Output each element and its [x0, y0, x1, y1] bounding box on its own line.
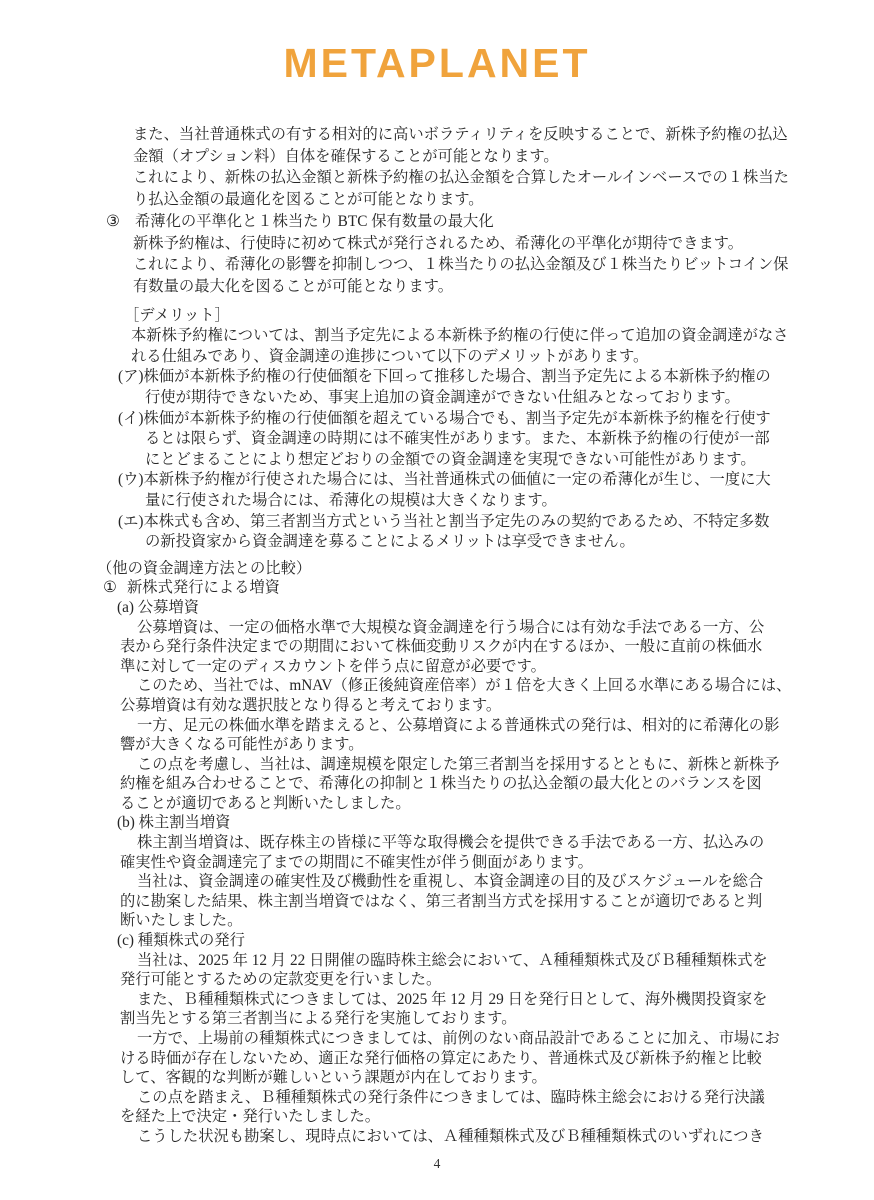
text-line: るとは限らず、資金調達の時期には不確実性があります。また、本新株予約権の行使が一…	[118, 429, 874, 450]
para-class-shares-3: 一方で、上場前の種類株式につきましては、前例のない商品設計であることに加え、市場…	[120, 1029, 874, 1088]
para-all-in-base: これにより、新株の払込金額と新株予約権の払込金額を合算したオールインベースでの１…	[133, 167, 874, 210]
text-line: を経た上で決定・発行いたしました。	[120, 1107, 874, 1127]
metaplanet-logo: METAPLANET	[0, 0, 874, 82]
text-line: 一方で、上場前の種類株式につきましては、前例のない商品設計であることに加え、市場…	[120, 1029, 874, 1049]
para-public-offering-3: 一方、足元の株価水準を踏まえると、公募増資による普通株式の発行は、相対的に希薄化…	[120, 716, 874, 755]
item-demerit-e: (エ)本株式も含め、第三者割当方式という当社と割当予定先のみの契約であるため、不…	[118, 512, 874, 553]
text-line: 準に対して一定のディスカウントを伴う点に留意が必要です。	[120, 657, 874, 677]
para-public-offering-2: このため、当社では、mNAV（修正後純資産倍率）が１倍を大きく上回る水準にある場…	[120, 676, 874, 715]
text-line: 金額（オプション料）自体を確保することが可能となります。	[133, 146, 874, 168]
heading-demerit: ［デメリット］	[124, 306, 874, 327]
para-class-shares-1: 当社は、2025 年 12 月 22 日開催の臨時株主総会において、Ａ種種類株式…	[120, 951, 874, 990]
page-number: 4	[0, 1156, 874, 1172]
text-line: この点を踏まえ、Ｂ種種類株式の発行条件につきましては、臨時株主総会における発行決…	[120, 1088, 874, 1108]
text-line: 公募増資は、一定の価格水準で大規模な資金調達を行う場合には有効な手法である一方、…	[120, 618, 874, 638]
text-line: こうした状況も勘案し、現時点においては、Ａ種種類株式及びＢ種種類株式のいずれにつ…	[120, 1127, 874, 1147]
para-public-offering-1: 公募増資は、一定の価格水準で大規模な資金調達を行う場合には有効な手法である一方、…	[120, 618, 874, 677]
text-line: れる仕組みであり、資金調達の進捗について以下のデメリットがあります。	[131, 347, 874, 368]
text-line: 公募増資は有効な選択肢となり得ると考えております。	[120, 696, 874, 716]
item-demerit-a: (ア)株価が本新株予約権の行使価額を下回って推移した場合、割当予定先による本新株…	[118, 367, 874, 408]
text-line: 新株予約権は、行使時に初めて株式が発行されるため、希薄化の平準化が期待できます。	[133, 233, 874, 255]
text-line: 表から発行条件決定までの期間において株価変動リスクが内在するほか、一般に直前の株…	[120, 637, 874, 657]
text-line: 確実性や資金調達完了までの期間に不確実性が伴う側面があります。	[120, 853, 874, 873]
text-line: 割当先とする第三者割当による発行を実施しております。	[120, 1009, 874, 1029]
text-line: 量に行使された場合には、希薄化の規模は大きくなります。	[118, 491, 874, 512]
text-line: にとどまることにより想定どおりの金額での資金調達を実現できない可能性があります。	[118, 450, 874, 471]
heading-item-3: ③希薄化の平準化と１株当たり BTC 保有数量の最大化	[106, 211, 874, 233]
text-line: また、Ｂ種種類株式につきましては、2025 年 12 月 29 日を発行日として…	[120, 990, 874, 1010]
text-line: (ウ)本新株予約権が行使された場合には、当社普通株式の価値に一定の希薄化が生じ、…	[118, 470, 874, 491]
heading-item-1: ①新株式発行による増資	[103, 578, 874, 598]
heading-alpha-c: (c) 種類株式の発行	[117, 931, 874, 951]
item-demerit-i: (イ)株価が本新株予約権の行使価額を超えている場合でも、割当予定先が本新株予約権…	[118, 409, 874, 471]
heading-comparison: （他の資金調達方法との比較）	[97, 559, 874, 579]
text-line: して、客観的な判断が難しいという課題が内在しております。	[120, 1068, 874, 1088]
text-line: このため、当社では、mNAV（修正後純資産倍率）が１倍を大きく上回る水準にある場…	[120, 676, 874, 696]
document-body: また、当社普通株式の有する相対的に高いボラティリティを反映することで、新株予約権…	[0, 124, 874, 1147]
text-line: 当社は、資金調達の確実性及び機動性を重視し、本資金調達の目的及びスケジュールを総…	[120, 872, 874, 892]
text-line: （他の資金調達方法との比較）	[97, 559, 874, 579]
text-line: 当社は、2025 年 12 月 22 日開催の臨時株主総会において、Ａ種種類株式…	[120, 951, 874, 971]
text-line: これにより、新株の払込金額と新株予約権の払込金額を合算したオールインベースでの１…	[133, 167, 874, 189]
para-volatility: また、当社普通株式の有する相対的に高いボラティリティを反映することで、新株予約権…	[133, 124, 874, 167]
text-line: 本新株予約権については、割当予定先による本新株予約権の行使に伴って追加の資金調達…	[131, 326, 874, 347]
text-line: この点を考慮し、当社は、調達規模を限定した第三者割当を採用するとともに、新株と新…	[120, 755, 874, 775]
para-demerit-intro: 本新株予約権については、割当予定先による本新株予約権の行使に伴って追加の資金調達…	[131, 326, 874, 367]
text-line: また、当社普通株式の有する相対的に高いボラティリティを反映することで、新株予約権…	[133, 124, 874, 146]
para-class-shares-5: こうした状況も勘案し、現時点においては、Ａ種種類株式及びＢ種種類株式のいずれにつ…	[120, 1127, 874, 1147]
text-line: の新投資家から資金調達を募ることによるメリットは享受できません。	[118, 532, 874, 553]
para-public-offering-4: この点を考慮し、当社は、調達規模を限定した第三者割当を採用するとともに、新株と新…	[120, 755, 874, 814]
text-line: 株主割当増資は、既存株主の皆様に平等な取得機会を提供できる手法である一方、払込み…	[120, 833, 874, 853]
para-warrant-dilution: 新株予約権は、行使時に初めて株式が発行されるため、希薄化の平準化が期待できます。	[133, 233, 874, 255]
text-line: (b) 株主割当増資	[117, 813, 874, 833]
text-line: 一方、足元の株価水準を踏まえると、公募増資による普通株式の発行は、相対的に希薄化…	[120, 716, 874, 736]
para-class-shares-2: また、Ｂ種種類株式につきましては、2025 年 12 月 29 日を発行日として…	[120, 990, 874, 1029]
text-line: 発行可能とするための定款変更を行いました。	[120, 970, 874, 990]
text-line: 的に勘案した結果、株主割当増資ではなく、第三者割当方式を採用することが適切である…	[120, 892, 874, 912]
text-line: (イ)株価が本新株予約権の行使価額を超えている場合でも、割当予定先が本新株予約権…	[118, 409, 874, 430]
heading-alpha-a: (a) 公募増資	[117, 598, 874, 618]
text-line: (エ)本株式も含め、第三者割当方式という当社と割当予定先のみの契約であるため、不…	[118, 512, 874, 533]
text-line: これにより、希薄化の影響を抑制しつつ、１株当たりの払込金額及び１株当たりビットコ…	[133, 254, 874, 276]
list-marker: ③	[106, 211, 135, 233]
heading-text: 希薄化の平準化と１株当たり BTC 保有数量の最大化	[135, 213, 494, 230]
text-line: 断いたしました。	[120, 911, 874, 931]
text-line: (c) 種類株式の発行	[117, 931, 874, 951]
spacer	[0, 298, 874, 306]
text-line: 有数量の最大化を図ることが可能となります。	[133, 276, 874, 298]
text-line: (a) 公募増資	[117, 598, 874, 618]
document-page: METAPLANET また、当社普通株式の有する相対的に高いボラティリティを反映…	[0, 0, 874, 1200]
heading-text: 新株式発行による増資	[127, 579, 280, 596]
text-line: (ア)株価が本新株予約権の行使価額を下回って推移した場合、割当予定先による本新株…	[118, 367, 874, 388]
text-line: ける時価が存在しないため、適正な発行価格の算定にあたり、普通株式及び新株予約権と…	[120, 1049, 874, 1069]
text-line: 約権を組み合わせることで、希薄化の抑制と１株当たりの払込金額の最大化とのバランス…	[120, 774, 874, 794]
para-class-shares-4: この点を踏まえ、Ｂ種種類株式の発行条件につきましては、臨時株主総会における発行決…	[120, 1088, 874, 1127]
text-line: 行使が期待できないため、事実上追加の資金調達ができない仕組みとなっております。	[118, 388, 874, 409]
heading-alpha-b: (b) 株主割当増資	[117, 813, 874, 833]
item-demerit-u: (ウ)本新株予約権が行使された場合には、当社普通株式の価値に一定の希薄化が生じ、…	[118, 470, 874, 511]
text-line: ［デメリット］	[124, 306, 874, 327]
para-btc-maximize: これにより、希薄化の影響を抑制しつつ、１株当たりの払込金額及び１株当たりビットコ…	[133, 254, 874, 297]
text-line: り払込金額の最適化を図ることが可能となります。	[133, 189, 874, 211]
list-marker: ①	[103, 578, 127, 598]
para-rights-offering-1: 株主割当増資は、既存株主の皆様に平等な取得機会を提供できる手法である一方、払込み…	[120, 833, 874, 872]
text-line: 響が大きくなる可能性があります。	[120, 735, 874, 755]
para-rights-offering-2: 当社は、資金調達の確実性及び機動性を重視し、本資金調達の目的及びスケジュールを総…	[120, 872, 874, 931]
text-line: ることが適切であると判断いたしました。	[120, 794, 874, 814]
